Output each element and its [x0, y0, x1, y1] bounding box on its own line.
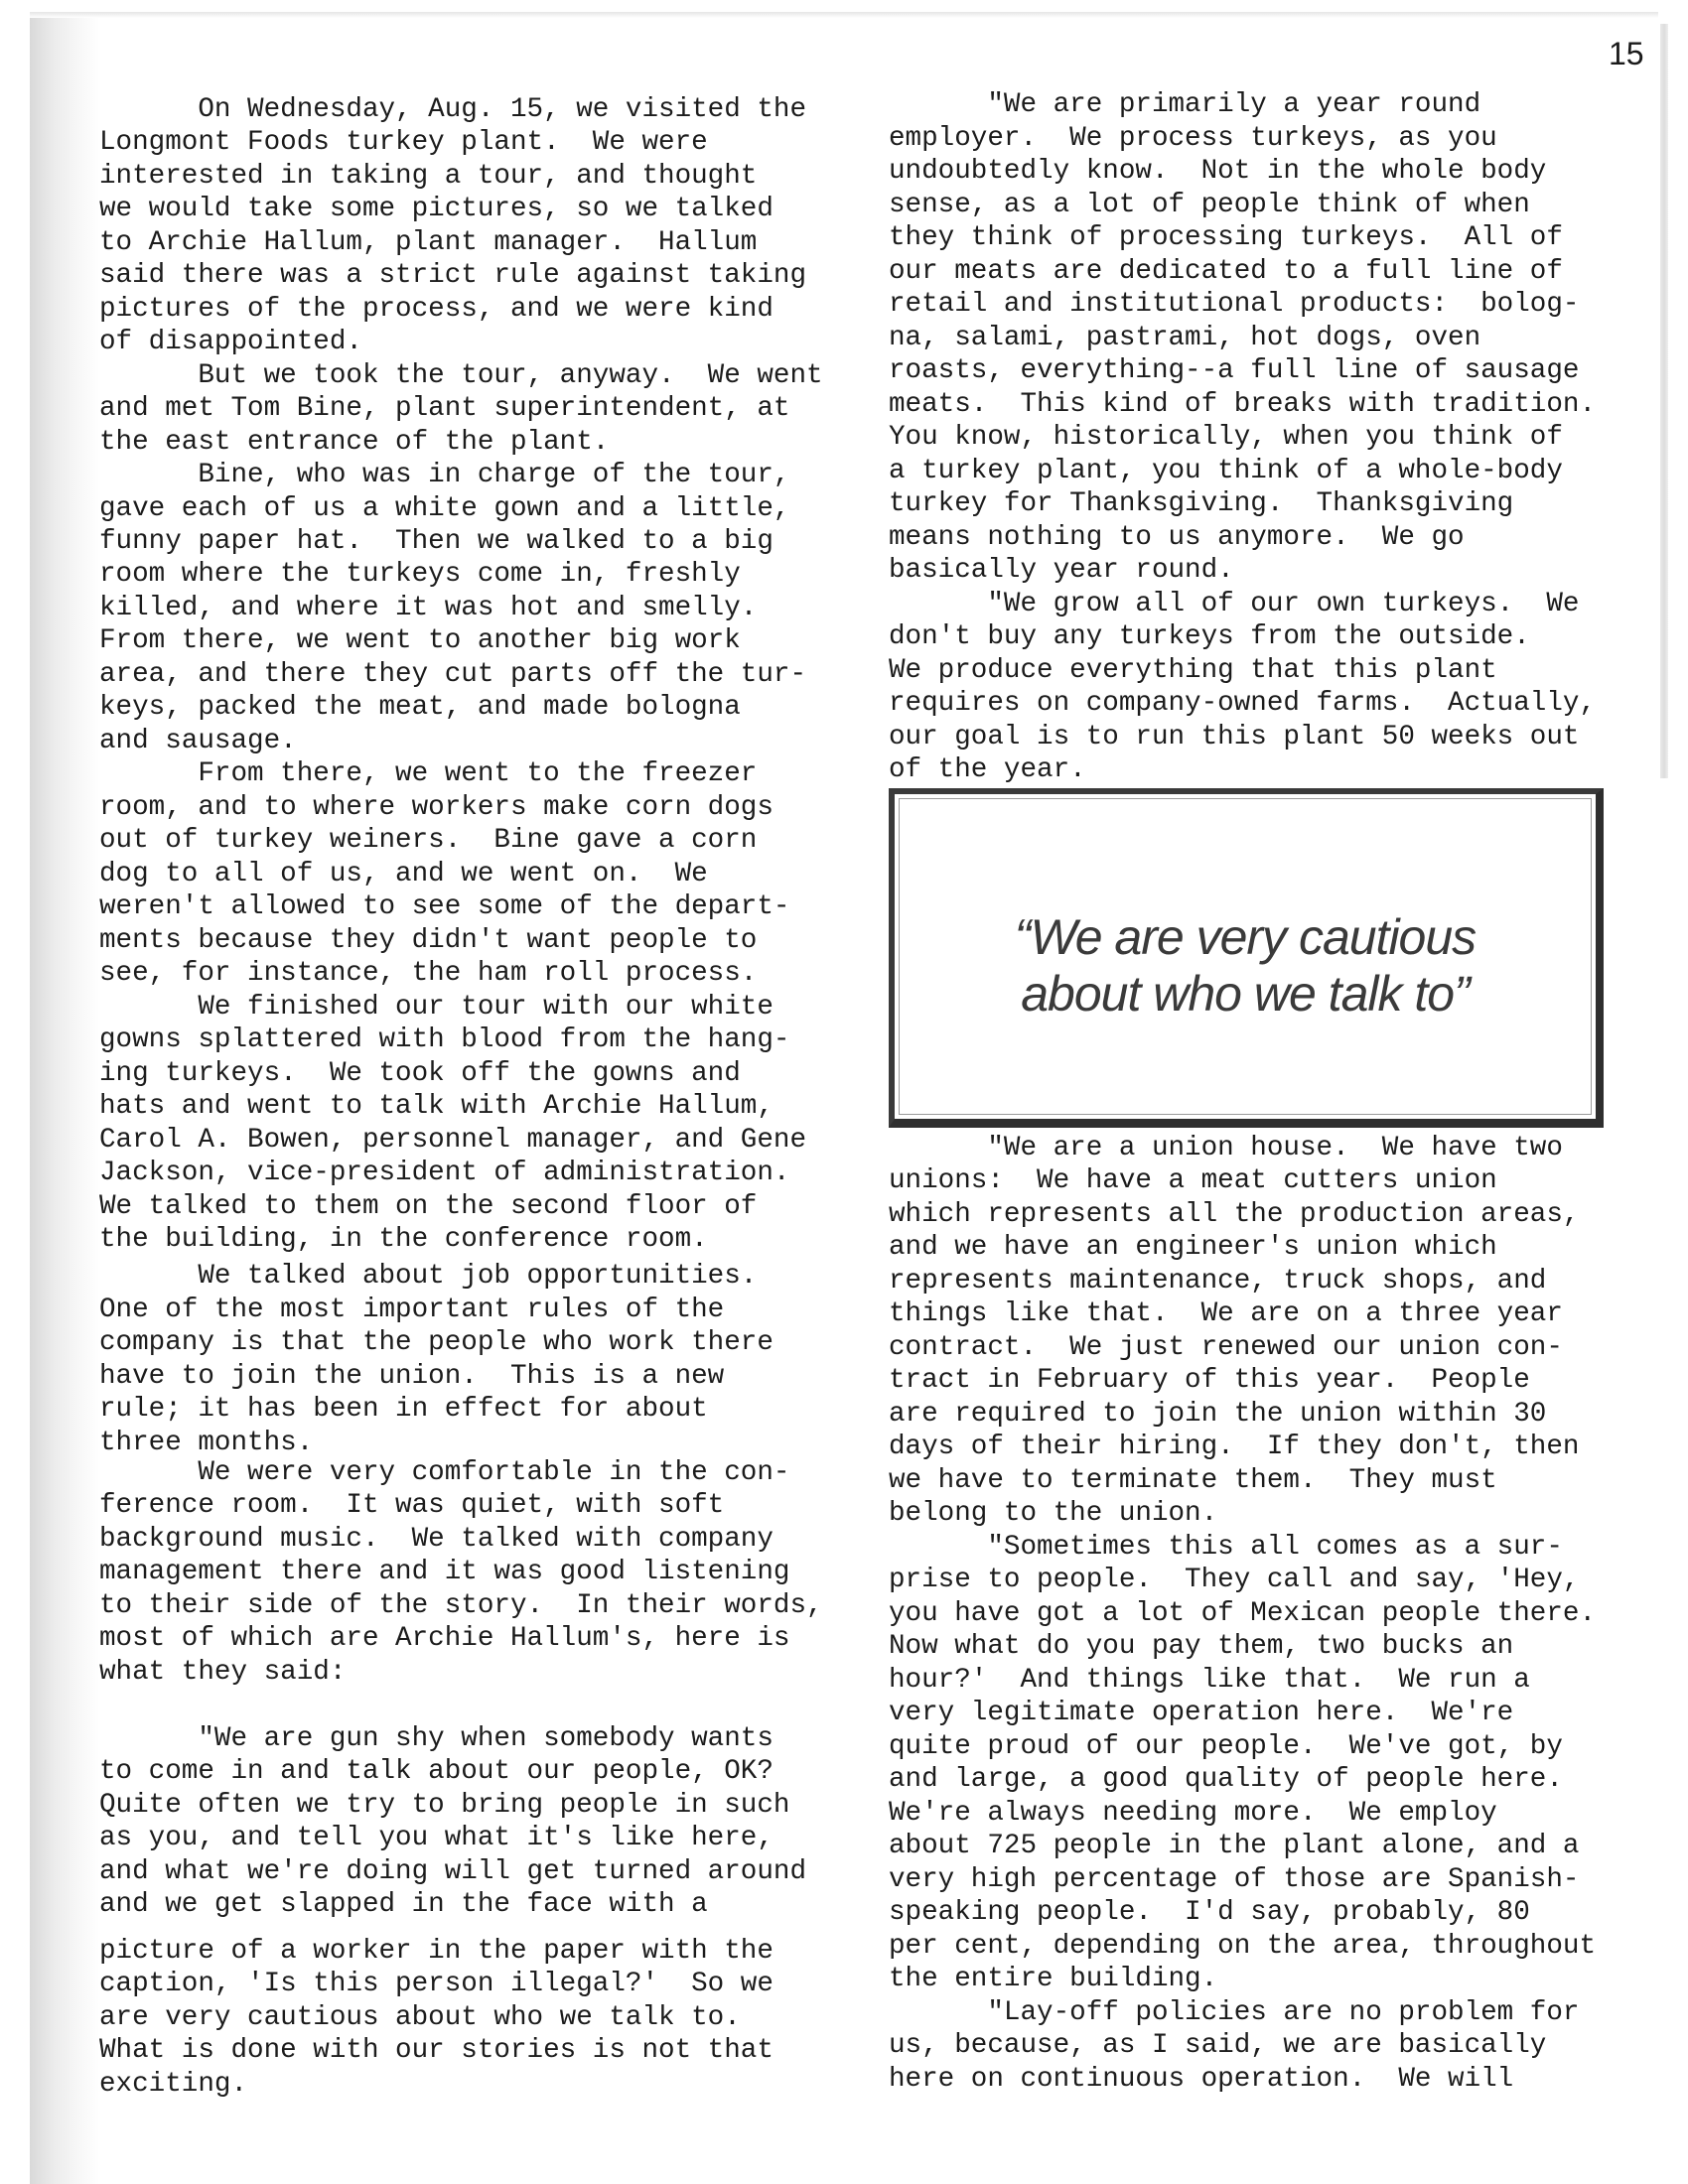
- text-line: we have to terminate them. They must: [889, 1466, 1497, 1496]
- text-line: prise to people. They call and say, 'Hey…: [889, 1566, 1579, 1595]
- text-line: hour?' And things like that. We run a: [889, 1666, 1530, 1696]
- text-line: dog to all of us, and we went on. We: [99, 860, 708, 889]
- text-line: pictures of the process, and we were kin…: [99, 295, 774, 325]
- text-line: three months.: [99, 1429, 313, 1458]
- text-line: our goal is to run this plant 50 weeks o…: [889, 723, 1579, 752]
- text-line: us, because, as I said, we are basically: [889, 2031, 1546, 2061]
- text-line: and met Tom Bine, plant superintendent, …: [99, 394, 789, 424]
- text-line: basically year round.: [889, 556, 1234, 586]
- text-line: "We are primarily a year round: [889, 90, 1480, 120]
- text-line: ing turkeys. We took off the gowns and: [99, 1059, 741, 1089]
- text-line: ments because they didn't want people to: [99, 926, 757, 956]
- text-line: gowns splattered with blood from the han…: [99, 1025, 789, 1055]
- pull-quote: “We are very cautious about who we talk …: [895, 909, 1596, 1023]
- text-line: undoubtedly know. Not in the whole body: [889, 157, 1546, 187]
- text-line: very legitimate operation here. We're: [889, 1699, 1513, 1728]
- text-line: One of the most important rules of the: [99, 1296, 724, 1325]
- text-line: weren't allowed to see some of the depar…: [99, 892, 789, 922]
- text-line: speaking people. I'd say, probably, 80: [889, 1898, 1530, 1928]
- pull-quote-line-1: “We are very cautious: [895, 909, 1596, 966]
- text-line: ference room. It was quiet, with soft: [99, 1491, 724, 1521]
- text-line: turkey for Thanksgiving. Thanksgiving: [889, 489, 1513, 519]
- text-line: From there, we went to another big work: [99, 626, 741, 656]
- text-line: most of which are Archie Hallum's, here …: [99, 1624, 789, 1654]
- text-line: and we get slapped in the face with a: [99, 1890, 708, 1920]
- text-line: Now what do you pay them, two bucks an: [889, 1632, 1513, 1662]
- text-line: very high percentage of those are Spanis…: [889, 1865, 1579, 1895]
- text-line: killed, and where it was hot and smelly.: [99, 594, 757, 623]
- text-line: We talked about job opportunities.: [99, 1262, 757, 1292]
- text-line: hats and went to talk with Archie Hallum…: [99, 1092, 774, 1122]
- text-line: meats. This kind of breaks with traditio…: [889, 390, 1596, 420]
- page-number: 15: [1609, 36, 1644, 72]
- text-line: to their side of the story. In their wor…: [99, 1591, 823, 1621]
- text-line: rule; it has been in effect for about: [99, 1395, 708, 1425]
- text-line: the entire building.: [889, 1965, 1217, 1994]
- text-line: What is done with our stories is not tha…: [99, 2036, 774, 2066]
- text-line: We were very comfortable in the con-: [99, 1458, 789, 1488]
- text-line: We talked to them on the second floor of: [99, 1192, 757, 1222]
- text-line: the building, in the conference room.: [99, 1225, 708, 1255]
- text-line: quite proud of our people. We've got, by: [889, 1732, 1563, 1762]
- text-line: Longmont Foods turkey plant. We were: [99, 128, 708, 158]
- pull-quote-line-2: about who we talk to”: [895, 966, 1596, 1023]
- text-line: caption, 'Is this person illegal?' So we: [99, 1970, 774, 1999]
- text-line: see, for instance, the ham roll process.: [99, 959, 757, 989]
- text-line: We finished our tour with our white: [99, 993, 774, 1023]
- text-line: a turkey plant, you think of a whole-bod…: [889, 457, 1563, 486]
- text-line: don't buy any turkeys from the outside.: [889, 622, 1530, 652]
- text-line: are very cautious about who we talk to.: [99, 2003, 741, 2033]
- text-line: room where the turkeys come in, freshly: [99, 560, 741, 590]
- text-line: they think of processing turkeys. All of: [889, 223, 1563, 253]
- text-line: said there was a strict rule against tak…: [99, 261, 806, 291]
- text-line: things like that. We are on a three year: [889, 1299, 1563, 1329]
- text-line: employer. We process turkeys, as you: [889, 124, 1497, 154]
- text-line: which represents all the production area…: [889, 1200, 1579, 1230]
- text-line: company is that the people who work ther…: [99, 1328, 774, 1358]
- text-line: From there, we went to the freezer: [99, 759, 757, 789]
- text-line: Quite often we try to bring people in su…: [99, 1791, 789, 1821]
- text-line: and large, a good quality of people here…: [889, 1765, 1563, 1795]
- text-line: contract. We just renewed our union con-: [889, 1333, 1563, 1363]
- text-line: "We are a union house. We have two: [889, 1134, 1563, 1163]
- text-line: na, salami, pastrami, hot dogs, oven: [889, 324, 1480, 353]
- text-line: You know, historically, when you think o…: [889, 423, 1563, 453]
- text-line: per cent, depending on the area, through…: [889, 1932, 1596, 1962]
- text-line: area, and there they cut parts off the t…: [99, 660, 806, 690]
- text-line: "Lay-off policies are no problem for: [889, 1998, 1579, 2028]
- text-line: background music. We talked with company: [99, 1525, 774, 1555]
- text-line: sense, as a lot of people think of when: [889, 191, 1530, 220]
- text-line: we would take some pictures, so we talke…: [99, 195, 774, 224]
- text-line: of disappointed.: [99, 328, 362, 357]
- text-line: means nothing to us anymore. We go: [889, 523, 1465, 553]
- text-line: keys, packed the meat, and made bologna: [99, 693, 741, 723]
- text-line: Jackson, vice-president of administratio…: [99, 1159, 789, 1188]
- text-line: Carol A. Bowen, personnel manager, and G…: [99, 1126, 806, 1156]
- text-line: "Sometimes this all comes as a sur-: [889, 1533, 1563, 1563]
- text-line: have to join the union. This is a new: [99, 1362, 724, 1392]
- text-line: you have got a lot of Mexican people the…: [889, 1599, 1596, 1629]
- text-line: out of turkey weiners. Bine gave a corn: [99, 826, 757, 856]
- text-line: We produce everything that this plant: [889, 656, 1497, 686]
- text-line: We're always needing more. We employ: [889, 1799, 1497, 1829]
- text-line: of the year.: [889, 755, 1086, 785]
- text-line: and sausage.: [99, 727, 297, 756]
- text-line: "We grow all of our own turkeys. We: [889, 590, 1579, 619]
- text-line: tract in February of this year. People: [889, 1366, 1530, 1396]
- text-line: and we have an engineer's union which: [889, 1233, 1497, 1263]
- text-line: about 725 people in the plant alone, and…: [889, 1832, 1579, 1861]
- text-line: roasts, everything--a full line of sausa…: [889, 356, 1579, 386]
- text-line: funny paper hat. Then we walked to a big: [99, 527, 774, 557]
- pull-quote-box: “We are very cautious about who we talk …: [889, 788, 1604, 1128]
- text-line: But we took the tour, anyway. We went: [99, 361, 823, 391]
- text-line: "We are gun shy when somebody wants: [99, 1724, 774, 1754]
- text-line: management there and it was good listeni…: [99, 1558, 789, 1587]
- text-line: Bine, who was in charge of the tour,: [99, 461, 789, 490]
- text-line: the east entrance of the plant.: [99, 428, 609, 458]
- text-line: room, and to where workers make corn dog…: [99, 793, 774, 823]
- text-line: what they said:: [99, 1658, 346, 1688]
- text-line: requires on company-owned farms. Actuall…: [889, 689, 1596, 719]
- scan-strip-right: [1660, 24, 1668, 778]
- text-line: unions: We have a meat cutters union: [889, 1166, 1497, 1196]
- text-line: interested in taking a tour, and thought: [99, 162, 757, 192]
- text-line: are required to join the union within 30: [889, 1400, 1546, 1430]
- scanned-page: 15 On Wednesday, Aug. 15, we visited the…: [0, 0, 1688, 2184]
- text-line: retail and institutional products: bolog…: [889, 290, 1579, 320]
- scan-shadow-left: [30, 12, 99, 2184]
- scan-shadow-top: [30, 12, 1658, 18]
- text-line: represents maintenance, truck shops, and: [889, 1267, 1546, 1297]
- text-line: as you, and tell you what it's like here…: [99, 1824, 774, 1853]
- text-line: and what we're doing will get turned aro…: [99, 1857, 806, 1887]
- text-line: gave each of us a white gown and a littl…: [99, 494, 789, 524]
- text-line: to come in and talk about our people, OK…: [99, 1757, 774, 1787]
- text-line: our meats are dedicated to a full line o…: [889, 257, 1563, 287]
- text-line: here on continuous operation. We will: [889, 2065, 1513, 2095]
- text-line: to Archie Hallum, plant manager. Hallum: [99, 228, 757, 258]
- text-line: picture of a worker in the paper with th…: [99, 1937, 774, 1967]
- text-line: belong to the union.: [889, 1499, 1217, 1529]
- text-line: On Wednesday, Aug. 15, we visited the: [99, 95, 806, 125]
- text-line: exciting.: [99, 2070, 247, 2100]
- text-line: days of their hiring. If they don't, the…: [889, 1433, 1579, 1462]
